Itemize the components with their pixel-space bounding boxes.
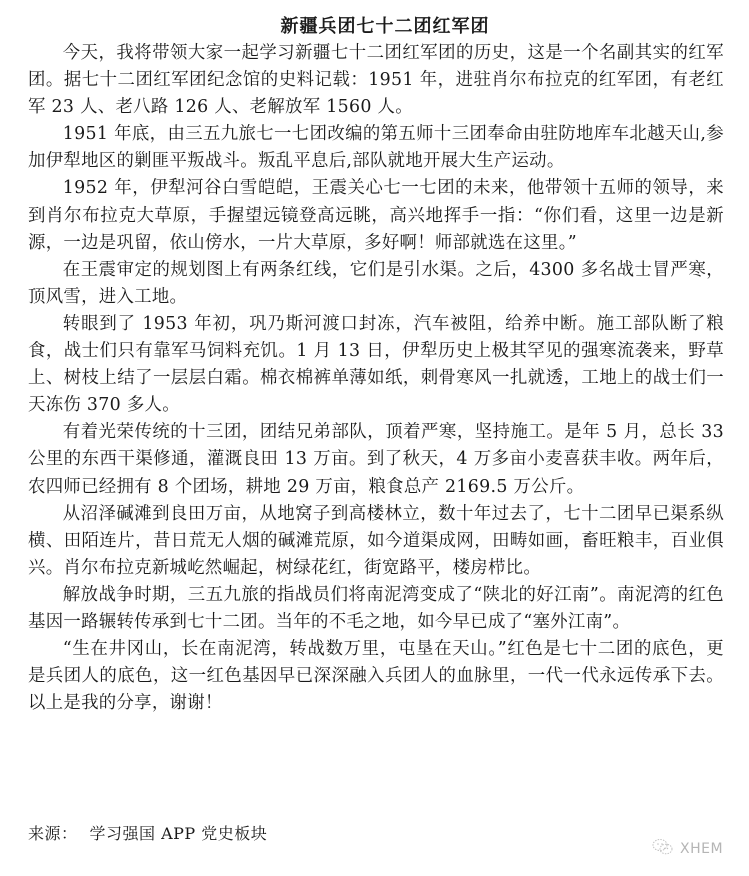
paragraph-7: 从沼泽碱滩到良田万亩，从地窝子到高楼林立，数十年过去了，七十二团早已渠系纵横、田… xyxy=(28,501,724,582)
document-body: 新疆兵团七十二团红军团 今天，我将带领大家一起学习新疆七十二团红军团的历史，这是… xyxy=(28,14,724,717)
paragraph-2: 1951 年底，由三五九旅七一七团改编的第五师十三团奉命由驻防地库车北越天山,参… xyxy=(28,121,724,175)
wechat-icon xyxy=(652,838,680,860)
source-value: 学习强国 APP 党史板块 xyxy=(90,824,268,843)
paragraph-4: 在王震审定的规划图上有两条红线，它们是引水渠。之后，4300 多名战士冒严寒，顶… xyxy=(28,257,724,311)
watermark: XHEM xyxy=(652,838,723,860)
document-title: 新疆兵团七十二团红军团 xyxy=(28,14,724,40)
paragraph-1: 今天，我将带领大家一起学习新疆七十二团红军团的历史，这是一个名副其实的红军团。据… xyxy=(28,40,724,121)
paragraph-6: 有着光荣传统的十三团，团结兄弟部队，顶着严寒，坚持施工。是年 5 月，总长 33… xyxy=(28,419,724,500)
source-label: 来源： xyxy=(28,824,78,843)
paragraph-3: 1952 年，伊犁河谷白雪皑皑，王震关心七一七团的未来，他带领十五师的领导，来到… xyxy=(28,175,724,256)
watermark-text: XHEM xyxy=(680,841,723,857)
paragraph-9: “生在井冈山，长在南泥湾，转战数万里，屯垦在天山。”红色是七十二团的底色，更是兵… xyxy=(28,636,724,717)
paragraph-8: 解放战争时期，三五九旅的指战员们将南泥湾变成了“陕北的好江南”。南泥湾的红色基因… xyxy=(28,582,724,636)
paragraph-5: 转眼到了 1953 年初，巩乃斯河渡口封冻，汽车被阻，给养中断。施工部队断了粮食… xyxy=(28,311,724,419)
source-line: 来源：学习强国 APP 党史板块 xyxy=(28,822,267,846)
